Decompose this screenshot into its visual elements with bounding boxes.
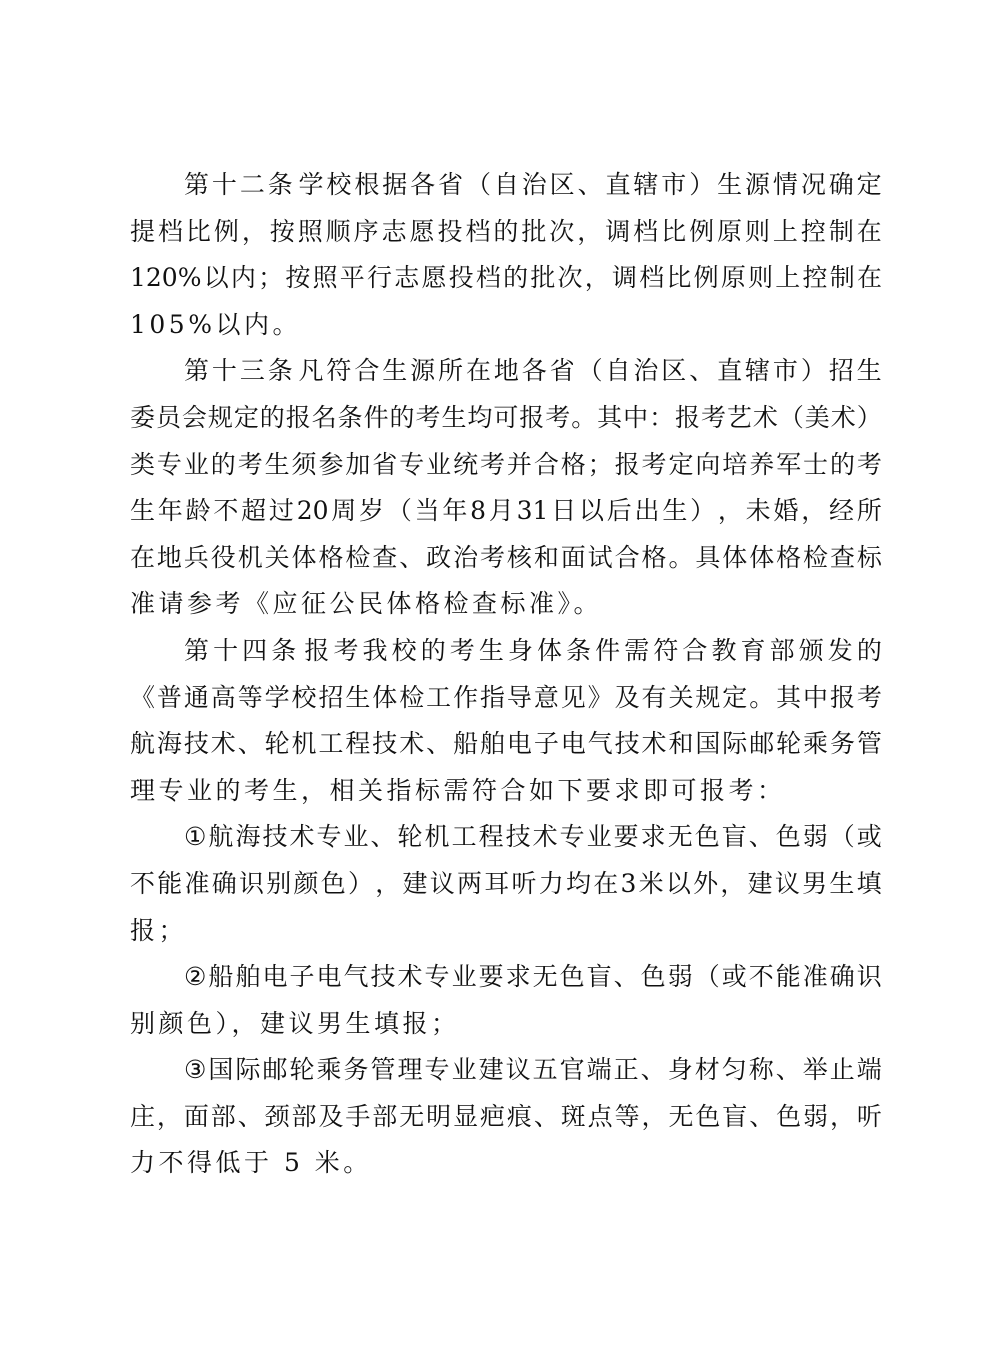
- glyph: 经: [829, 488, 854, 535]
- glyph: 上: [775, 255, 800, 302]
- glyph: 准: [185, 861, 210, 908]
- glyph: 志: [394, 255, 419, 302]
- text-line: 105%以内。: [130, 302, 882, 349]
- glyph: 术: [831, 395, 856, 442]
- glyph: 生: [382, 348, 407, 395]
- glyph: 合: [534, 442, 559, 489]
- glyph: 电: [316, 954, 341, 1001]
- glyph: 颜: [294, 861, 319, 908]
- glyph: 行: [367, 255, 392, 302]
- glyph: 准: [803, 954, 828, 1001]
- glyph: 并: [507, 442, 532, 489]
- glyph: 三: [240, 348, 265, 395]
- glyph: 按: [285, 255, 310, 302]
- glyph: 生: [857, 348, 882, 395]
- glyph: 色: [321, 861, 346, 908]
- glyph: 生: [441, 395, 466, 442]
- glyph: 建: [479, 1047, 504, 1094]
- glyph: 考: [333, 628, 358, 675]
- glyph: 盲: [722, 814, 747, 861]
- text-line: 别颜色），建议男生填报；: [130, 1001, 882, 1048]
- glyph: 国: [208, 1047, 233, 1094]
- glyph: 不: [130, 861, 155, 908]
- glyph: 在: [857, 255, 882, 302]
- glyph: 颈: [265, 1094, 290, 1141]
- glyph: 军: [776, 442, 801, 489]
- glyph: ；: [588, 442, 613, 489]
- glyph: 能: [157, 861, 182, 908]
- text-line: 委员会规定的报名条件的考生均可报考。其中：报考艺术（美术）: [130, 395, 882, 442]
- glyph: 面: [561, 535, 586, 582]
- glyph: 区: [550, 162, 575, 209]
- glyph: 各: [522, 348, 547, 395]
- glyph: 技: [371, 954, 396, 1001]
- glyph: （: [578, 348, 603, 395]
- glyph: 别: [266, 861, 291, 908]
- glyph: 例: [214, 209, 239, 256]
- glyph: 第: [184, 348, 209, 395]
- glyph: 中: [803, 675, 828, 722]
- glyph: 各: [410, 162, 435, 209]
- glyph: 气: [588, 721, 613, 768]
- glyph: 合: [615, 535, 640, 582]
- glyph: ，: [157, 1094, 182, 1141]
- glyph: 3: [621, 861, 637, 908]
- glyph: 制: [830, 255, 855, 302]
- glyph: 治: [453, 535, 478, 582]
- glyph: 的: [493, 209, 518, 256]
- glyph: 出: [635, 488, 660, 535]
- glyph: 管: [857, 721, 882, 768]
- glyph: 部: [292, 1094, 317, 1141]
- glyph: 正: [614, 1047, 639, 1094]
- glyph: 格: [318, 535, 343, 582]
- glyph: ，: [642, 1094, 667, 1141]
- glyph: 弱: [803, 814, 828, 861]
- glyph: 航: [208, 814, 233, 861]
- glyph: 考: [450, 628, 475, 675]
- glyph: 定: [668, 442, 693, 489]
- glyph: 则: [748, 255, 773, 302]
- glyph: 识: [857, 954, 882, 1001]
- text-line: 在地兵役机关体格检查、政治考核和面试合格。具体体格检查标: [130, 535, 882, 582]
- glyph: 通: [184, 675, 209, 722]
- glyph: 据: [382, 162, 407, 209]
- glyph: 或: [857, 814, 882, 861]
- glyph: 点: [588, 1094, 613, 1141]
- glyph: 愿: [410, 209, 435, 256]
- glyph: 则: [745, 209, 770, 256]
- glyph: 可: [493, 395, 518, 442]
- glyph: 当: [415, 488, 440, 535]
- glyph: 高: [211, 675, 236, 722]
- glyph: 航: [130, 721, 155, 768]
- glyph: 中: [623, 395, 648, 442]
- glyph: 匀: [722, 1047, 747, 1094]
- glyph: 无: [533, 954, 558, 1001]
- glyph: 疤: [480, 1094, 505, 1141]
- glyph: 以: [666, 861, 691, 908]
- glyph: ，: [242, 209, 267, 256]
- glyph: 业: [344, 814, 369, 861]
- glyph: 校: [292, 675, 317, 722]
- glyph: 船: [453, 721, 478, 768]
- glyph: 志: [382, 209, 407, 256]
- glyph: 考: [857, 442, 882, 489]
- glyph: 议: [430, 861, 455, 908]
- text-line: 不能准确识别颜色），建议两耳听力均在3米以外，建议男生填: [130, 861, 882, 908]
- glyph: 区: [661, 348, 686, 395]
- glyph: 和: [668, 721, 693, 768]
- glyph: ，: [718, 488, 743, 535]
- glyph: 情: [773, 162, 798, 209]
- glyph: 务: [344, 1047, 369, 1094]
- glyph: 平: [340, 255, 365, 302]
- glyph: 条: [566, 628, 591, 675]
- glyph: 参: [318, 442, 343, 489]
- glyph: ，: [801, 488, 826, 535]
- glyph: 的: [211, 442, 236, 489]
- glyph: 标: [857, 535, 882, 582]
- glyph: 能: [776, 954, 801, 1001]
- glyph: 比: [666, 255, 691, 302]
- glyph: 子: [289, 954, 314, 1001]
- text-line: ①航海技术专业、轮机工程技术专业要求无色盲、色弱（或: [130, 814, 882, 861]
- glyph: 的: [421, 628, 446, 675]
- glyph: 四: [242, 628, 267, 675]
- glyph: 愿: [421, 255, 446, 302]
- glyph: 体: [537, 628, 562, 675]
- glyph: 、: [238, 721, 263, 768]
- glyph: 程: [345, 721, 370, 768]
- glyph: 生: [829, 861, 854, 908]
- glyph: 船: [208, 954, 233, 1001]
- glyph: 术: [642, 721, 667, 768]
- glyph: 报: [675, 395, 700, 442]
- glyph: 轮: [289, 1047, 314, 1094]
- glyph: 轮: [265, 721, 290, 768]
- glyph: 、: [238, 1094, 263, 1141]
- glyph: 工: [426, 675, 451, 722]
- glyph: 部: [372, 1094, 397, 1141]
- glyph: ；: [258, 255, 283, 302]
- glyph: 色: [695, 814, 720, 861]
- glyph: 考: [857, 675, 882, 722]
- glyph: 术: [398, 954, 423, 1001]
- glyph: 在: [130, 535, 155, 582]
- glyph: ①: [184, 814, 206, 861]
- glyph: 气: [344, 954, 369, 1001]
- glyph: 后: [607, 488, 632, 535]
- glyph: 投: [437, 209, 462, 256]
- glyph: 按: [270, 209, 295, 256]
- glyph: 术: [289, 814, 314, 861]
- glyph: 档: [476, 255, 501, 302]
- glyph: 、: [749, 1094, 774, 1141]
- glyph: 》: [588, 675, 613, 722]
- glyph: 米: [639, 861, 664, 908]
- glyph: 兵: [184, 535, 209, 582]
- glyph: 、: [776, 1047, 801, 1094]
- glyph: 育: [741, 628, 766, 675]
- glyph: 身: [508, 628, 533, 675]
- glyph: 盲: [587, 954, 612, 1001]
- glyph: 关: [265, 535, 290, 582]
- glyph: 或: [722, 954, 747, 1001]
- glyph: 均: [566, 861, 591, 908]
- glyph: ②: [184, 954, 206, 1001]
- glyph: 、: [614, 954, 639, 1001]
- glyph: 均: [467, 395, 492, 442]
- glyph: 务: [830, 721, 855, 768]
- glyph: 条: [268, 162, 293, 209]
- glyph: 工: [318, 721, 343, 768]
- glyph: 五: [533, 1047, 558, 1094]
- glyph: 部: [770, 628, 795, 675]
- glyph: 轮: [776, 721, 801, 768]
- glyph: ，: [577, 209, 602, 256]
- glyph: 体: [722, 535, 747, 582]
- glyph: 颁: [799, 628, 824, 675]
- glyph: 学: [299, 162, 324, 209]
- glyph: 机: [425, 814, 450, 861]
- glyph: 的: [830, 442, 855, 489]
- glyph: 业: [587, 814, 612, 861]
- glyph: 档: [639, 255, 664, 302]
- glyph: 控: [803, 255, 828, 302]
- glyph: 类: [130, 442, 155, 489]
- glyph: 专: [157, 442, 182, 489]
- glyph: 报: [519, 395, 544, 442]
- glyph: 加: [345, 442, 370, 489]
- glyph: 其: [776, 675, 801, 722]
- glyph: 批: [521, 209, 546, 256]
- glyph: 检: [345, 535, 370, 582]
- glyph: （: [695, 954, 720, 1001]
- text-line: 理专业的考生，相关指标需符合如下要求即可报考：: [130, 768, 882, 815]
- glyph: 制: [829, 209, 854, 256]
- glyph: 条: [338, 395, 363, 442]
- glyph: ：: [649, 395, 674, 442]
- glyph: 检: [399, 675, 424, 722]
- glyph: 机: [238, 535, 263, 582]
- glyph: 序: [354, 209, 379, 256]
- glyph: 第: [184, 628, 209, 675]
- glyph: 要: [479, 954, 504, 1001]
- glyph: 周: [331, 488, 356, 535]
- glyph: 件: [595, 628, 620, 675]
- glyph: 试: [588, 535, 613, 582]
- glyph: 合: [682, 628, 707, 675]
- glyph: 专: [316, 814, 341, 861]
- glyph: 术: [399, 721, 424, 768]
- glyph: 十: [212, 348, 237, 395]
- glyph: ，: [375, 861, 400, 908]
- glyph: 需: [624, 628, 649, 675]
- text-line: 第十三条 凡符合生源所在地各省（自治区、直辖市）招生: [130, 348, 882, 395]
- glyph: 8: [470, 488, 486, 535]
- glyph: 议: [775, 861, 800, 908]
- glyph: 管: [371, 1047, 396, 1094]
- glyph: 业: [184, 442, 209, 489]
- glyph: 符: [326, 348, 351, 395]
- glyph: 治: [522, 162, 547, 209]
- glyph: 及: [318, 1094, 343, 1141]
- glyph: 技: [615, 721, 640, 768]
- glyph: 其: [597, 395, 622, 442]
- glyph: 省: [550, 348, 575, 395]
- glyph: 两: [457, 861, 482, 908]
- glyph: 统: [453, 442, 478, 489]
- glyph: 业: [452, 954, 477, 1001]
- glyph: 的: [857, 628, 882, 675]
- glyph: 色: [641, 954, 666, 1001]
- glyph: 校: [326, 162, 351, 209]
- glyph: 的: [260, 395, 285, 442]
- glyph: 无: [668, 1094, 693, 1141]
- glyph: 教: [711, 628, 736, 675]
- glyph: 招: [318, 675, 343, 722]
- glyph: 不: [749, 954, 774, 1001]
- glyph: 治: [633, 348, 658, 395]
- glyph: 20: [297, 488, 329, 535]
- text-line: ②船舶电子电气技术专业要求无色盲、色弱（或不能准确识: [130, 954, 882, 1001]
- glyph: 、: [371, 814, 396, 861]
- glyph: 考: [545, 395, 570, 442]
- glyph: 须: [292, 442, 317, 489]
- glyph: 痕: [507, 1094, 532, 1141]
- glyph: 。: [571, 395, 596, 442]
- glyph: 子: [534, 721, 559, 768]
- text-line: 航海技术、轮机工程技术、船舶电子电气技术和国际邮轮乘务管: [130, 721, 882, 768]
- glyph: 舶: [235, 954, 260, 1001]
- glyph: 体: [372, 675, 397, 722]
- glyph: 次: [549, 209, 574, 256]
- glyph: 部: [211, 1094, 236, 1141]
- glyph: 工: [452, 814, 477, 861]
- glyph: 报: [286, 395, 311, 442]
- glyph: 调: [612, 255, 637, 302]
- glyph: 。: [749, 675, 774, 722]
- glyph: 报: [615, 442, 640, 489]
- glyph: 十: [213, 628, 238, 675]
- glyph: 辖: [633, 162, 658, 209]
- glyph: 生: [130, 488, 155, 535]
- glyph: 查: [372, 535, 397, 582]
- text-line: ③国际邮轮乘务管理专业建议五官端正、身材匀称、举止端: [130, 1047, 882, 1094]
- glyph: 役: [211, 535, 236, 582]
- glyph: 无: [668, 814, 693, 861]
- glyph: 考: [701, 395, 726, 442]
- glyph: 的: [503, 255, 528, 302]
- glyph: 源: [410, 348, 435, 395]
- glyph: 市: [773, 348, 798, 395]
- glyph: 技: [184, 721, 209, 768]
- glyph: ，: [720, 861, 745, 908]
- glyph: 举: [803, 1047, 828, 1094]
- glyph: 专: [560, 814, 585, 861]
- glyph: 年: [158, 488, 183, 535]
- glyph: 、: [534, 1094, 559, 1141]
- glyph: 以: [579, 488, 604, 535]
- glyph: 向: [695, 442, 720, 489]
- glyph: 内: [231, 255, 256, 302]
- glyph: 考: [642, 442, 667, 489]
- glyph: 听: [857, 1094, 882, 1141]
- glyph: 机: [292, 721, 317, 768]
- glyph: 省: [438, 162, 463, 209]
- glyph: 建: [748, 861, 773, 908]
- glyph: 合: [354, 348, 379, 395]
- glyph: 海: [235, 814, 260, 861]
- glyph: 等: [238, 675, 263, 722]
- glyph: 显: [453, 1094, 478, 1141]
- glyph: 外: [693, 861, 718, 908]
- glyph: 原: [721, 255, 746, 302]
- glyph: 根: [354, 162, 379, 209]
- glyph: 定: [722, 675, 747, 722]
- glyph: 电: [262, 954, 287, 1001]
- glyph: ）: [801, 348, 826, 395]
- glyph: 招: [829, 348, 854, 395]
- glyph: 检: [803, 535, 828, 582]
- glyph: 和: [534, 535, 559, 582]
- text-line: 提档比例，按照顺序志愿投档的批次，调档比例原则上控制在: [130, 209, 882, 256]
- text-line: 力不得低于 5 米。: [130, 1140, 882, 1187]
- glyph: 听: [512, 861, 537, 908]
- glyph: 程: [479, 814, 504, 861]
- glyph: 、: [578, 162, 603, 209]
- glyph: 上: [773, 209, 798, 256]
- list-item-3: ③国际邮轮乘务管理专业建议五官端正、身材匀称、举止端 庄，面部、颈部及手部无明显…: [130, 1047, 882, 1187]
- glyph: 凡: [299, 348, 324, 395]
- glyph: 有: [642, 675, 667, 722]
- glyph: 、: [426, 721, 451, 768]
- glyph: 况: [801, 162, 826, 209]
- glyph: 生: [265, 442, 290, 489]
- text-line: 生年龄不超过20周岁（当年8月31日以后出生），未婚，经所: [130, 488, 882, 535]
- glyph: 端: [857, 1047, 882, 1094]
- glyph: 海: [157, 721, 182, 768]
- text-line: 庄，面部、颈部及手部无明显疤痕、斑点等，无色盲、色弱，听: [130, 1094, 882, 1141]
- glyph: 条: [271, 628, 296, 675]
- glyph: 耳: [484, 861, 509, 908]
- glyph: 地: [494, 348, 519, 395]
- glyph: 考: [480, 535, 505, 582]
- glyph: 第: [184, 162, 209, 209]
- glyph: 超: [241, 488, 266, 535]
- glyph: 色: [560, 954, 585, 1001]
- glyph: 名: [312, 395, 337, 442]
- glyph: 规: [208, 395, 233, 442]
- glyph: 发: [828, 628, 853, 675]
- glyph: （: [466, 162, 491, 209]
- text-line: 第十四条 报考我校的考生身体条件需符合教育部颁发的: [130, 628, 882, 675]
- glyph: 、: [689, 348, 714, 395]
- text-line: 类专业的考生须参加省专业统考并合格；报考定向培养军士的考: [130, 442, 882, 489]
- glyph: 面: [184, 1094, 209, 1141]
- glyph: 邮: [749, 721, 774, 768]
- glyph: 美: [805, 395, 830, 442]
- glyph: 比: [661, 209, 686, 256]
- glyph: ，: [585, 255, 610, 302]
- glyph: 照: [298, 209, 323, 256]
- paragraph-article-13: 第十三条 凡符合生源所在地各省（自治区、直辖市）招生 委员会规定的报名条件的考生…: [130, 348, 882, 628]
- glyph: 议: [506, 1047, 531, 1094]
- glyph: 核: [507, 535, 532, 582]
- glyph: 原: [717, 209, 742, 256]
- glyph: ）: [857, 395, 882, 442]
